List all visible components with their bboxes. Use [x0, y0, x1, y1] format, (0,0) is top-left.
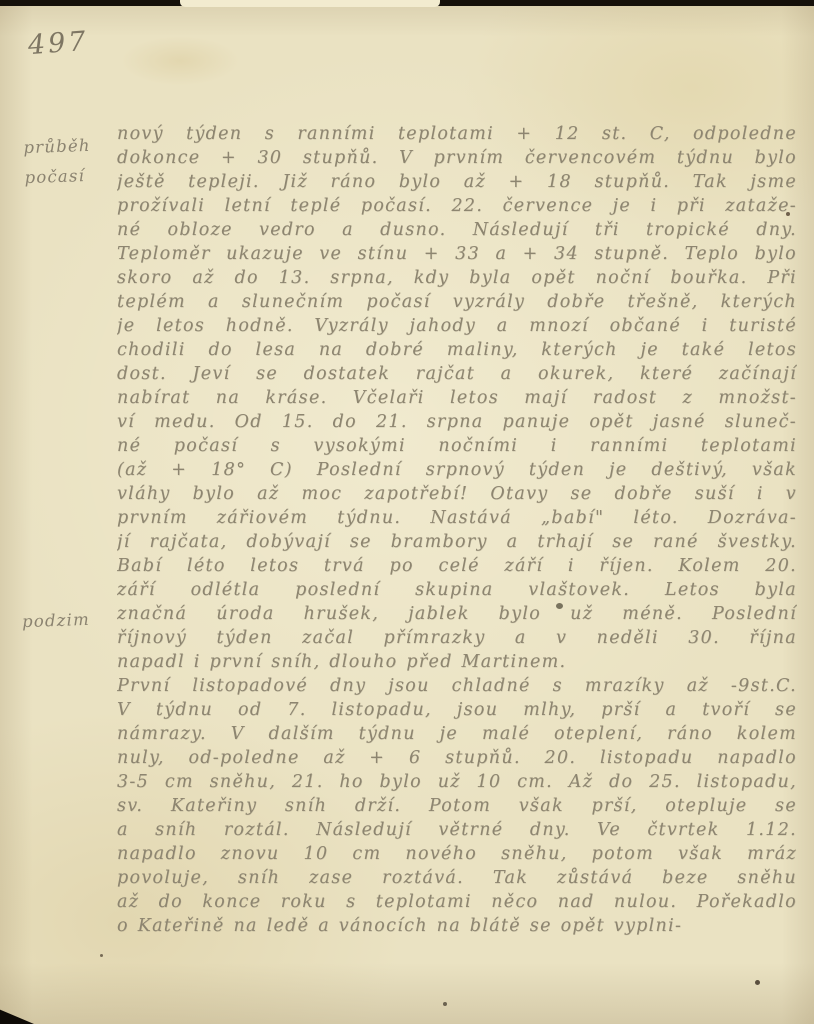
handwritten-line: září odlétla poslední skupina vlaštovek.…: [117, 578, 797, 602]
handwritten-body: nový týden s ranními teplotami + 12 st. …: [117, 122, 797, 938]
margin-note-line: podzim: [21, 605, 90, 637]
handwritten-line: je letos hodně. Vyzrály jahody a mnozí o…: [117, 314, 797, 338]
handwritten-line: Babí léto letos trvá po celé září i říje…: [117, 554, 797, 578]
paper-speck: [786, 212, 790, 216]
handwritten-line: napadl i první sníh, dlouho před Martine…: [117, 650, 797, 674]
handwritten-line: dokonce + 30 stupňů. V prvním červencové…: [117, 146, 797, 170]
handwritten-line: teplém a slunečním počasí vyzrály dobře …: [117, 290, 797, 314]
handwritten-line: námrazy. V dalším týdnu je malé oteplení…: [117, 722, 797, 746]
handwritten-line: né počasí s vysokými nočními i ranními t…: [117, 434, 797, 458]
handwritten-line: až do konce roku s teplotami něco nad nu…: [117, 890, 797, 914]
margin-note-line: průběh: [23, 131, 91, 163]
paper-speck: [755, 980, 760, 985]
handwritten-line: ještě tepleji. Již ráno bylo až + 18 stu…: [117, 170, 797, 194]
paper-speck: [100, 954, 103, 957]
handwritten-line: 3-5 cm sněhu, 21. ho bylo už 10 cm. Až d…: [117, 770, 797, 794]
handwritten-line: nabírat na kráse. Včelaři letos mají rad…: [117, 386, 797, 410]
handwritten-line: Teploměr ukazuje ve stínu + 33 a + 34 st…: [117, 242, 797, 266]
handwritten-line: prvním zářiovém týdnu. Nastává „babí" lé…: [117, 506, 797, 530]
handwritten-line: dost. Jeví se dostatek rajčat a okurek, …: [117, 362, 797, 386]
chronicle-page: 497 průběh počasí podzim nový týden s ra…: [0, 6, 814, 1024]
handwritten-line: napadlo znovu 10 cm nového sněhu, potom …: [117, 842, 797, 866]
handwritten-line: a sníh roztál. Následují větrné dny. Ve …: [117, 818, 797, 842]
handwritten-line: né obloze vedro a dusno. Následují tři t…: [117, 218, 797, 242]
paper-speck: [556, 603, 563, 609]
handwritten-line: povoluje, sníh zase roztává. Tak zůstává…: [117, 866, 797, 890]
handwritten-line: sv. Kateřiny sníh drží. Potom však prší,…: [117, 794, 797, 818]
handwritten-line: o Kateřině na ledě a vánocích na blátě s…: [117, 914, 797, 938]
margin-note-line: počasí: [24, 161, 92, 193]
handwritten-line: vláhy bylo až moc zapotřebí! Otavy se do…: [117, 482, 797, 506]
handwritten-line: prožívali letní teplé počasí. 22. červen…: [117, 194, 797, 218]
handwritten-line: značná úroda hrušek, jablek bylo už méně…: [117, 602, 797, 626]
handwritten-line: nový týden s ranními teplotami + 12 st. …: [117, 122, 797, 146]
page-behind-sliver: [180, 0, 440, 7]
paper-speck: [443, 1002, 447, 1006]
handwritten-line: chodili do lesa na dobré maliny, kterých…: [117, 338, 797, 362]
handwritten-line: jí rajčata, dobývají se brambory a trhaj…: [117, 530, 797, 554]
margin-note-autumn: podzim: [21, 605, 90, 637]
handwritten-line: říjnový týden začal přímrazky a v neděli…: [117, 626, 797, 650]
photo-background: 497 průběh počasí podzim nový týden s ra…: [0, 0, 814, 1024]
handwritten-line: skoro až do 13. srpna, kdy byla opět noč…: [117, 266, 797, 290]
handwritten-line: (až + 18° C) Poslední srpnový týden je d…: [117, 458, 797, 482]
margin-note-weather-course: průběh počasí: [23, 131, 92, 193]
page-number: 497: [27, 26, 90, 61]
paper-stain: [120, 36, 240, 86]
handwritten-line: ví medu. Od 15. do 21. srpna panuje opět…: [117, 410, 797, 434]
handwritten-line: První listopadové dny jsou chladné s mra…: [117, 674, 797, 698]
handwritten-line: V týdnu od 7. listopadu, jsou mlhy, prší…: [117, 698, 797, 722]
handwritten-line: nuly, od-poledne až + 6 stupňů. 20. list…: [117, 746, 797, 770]
